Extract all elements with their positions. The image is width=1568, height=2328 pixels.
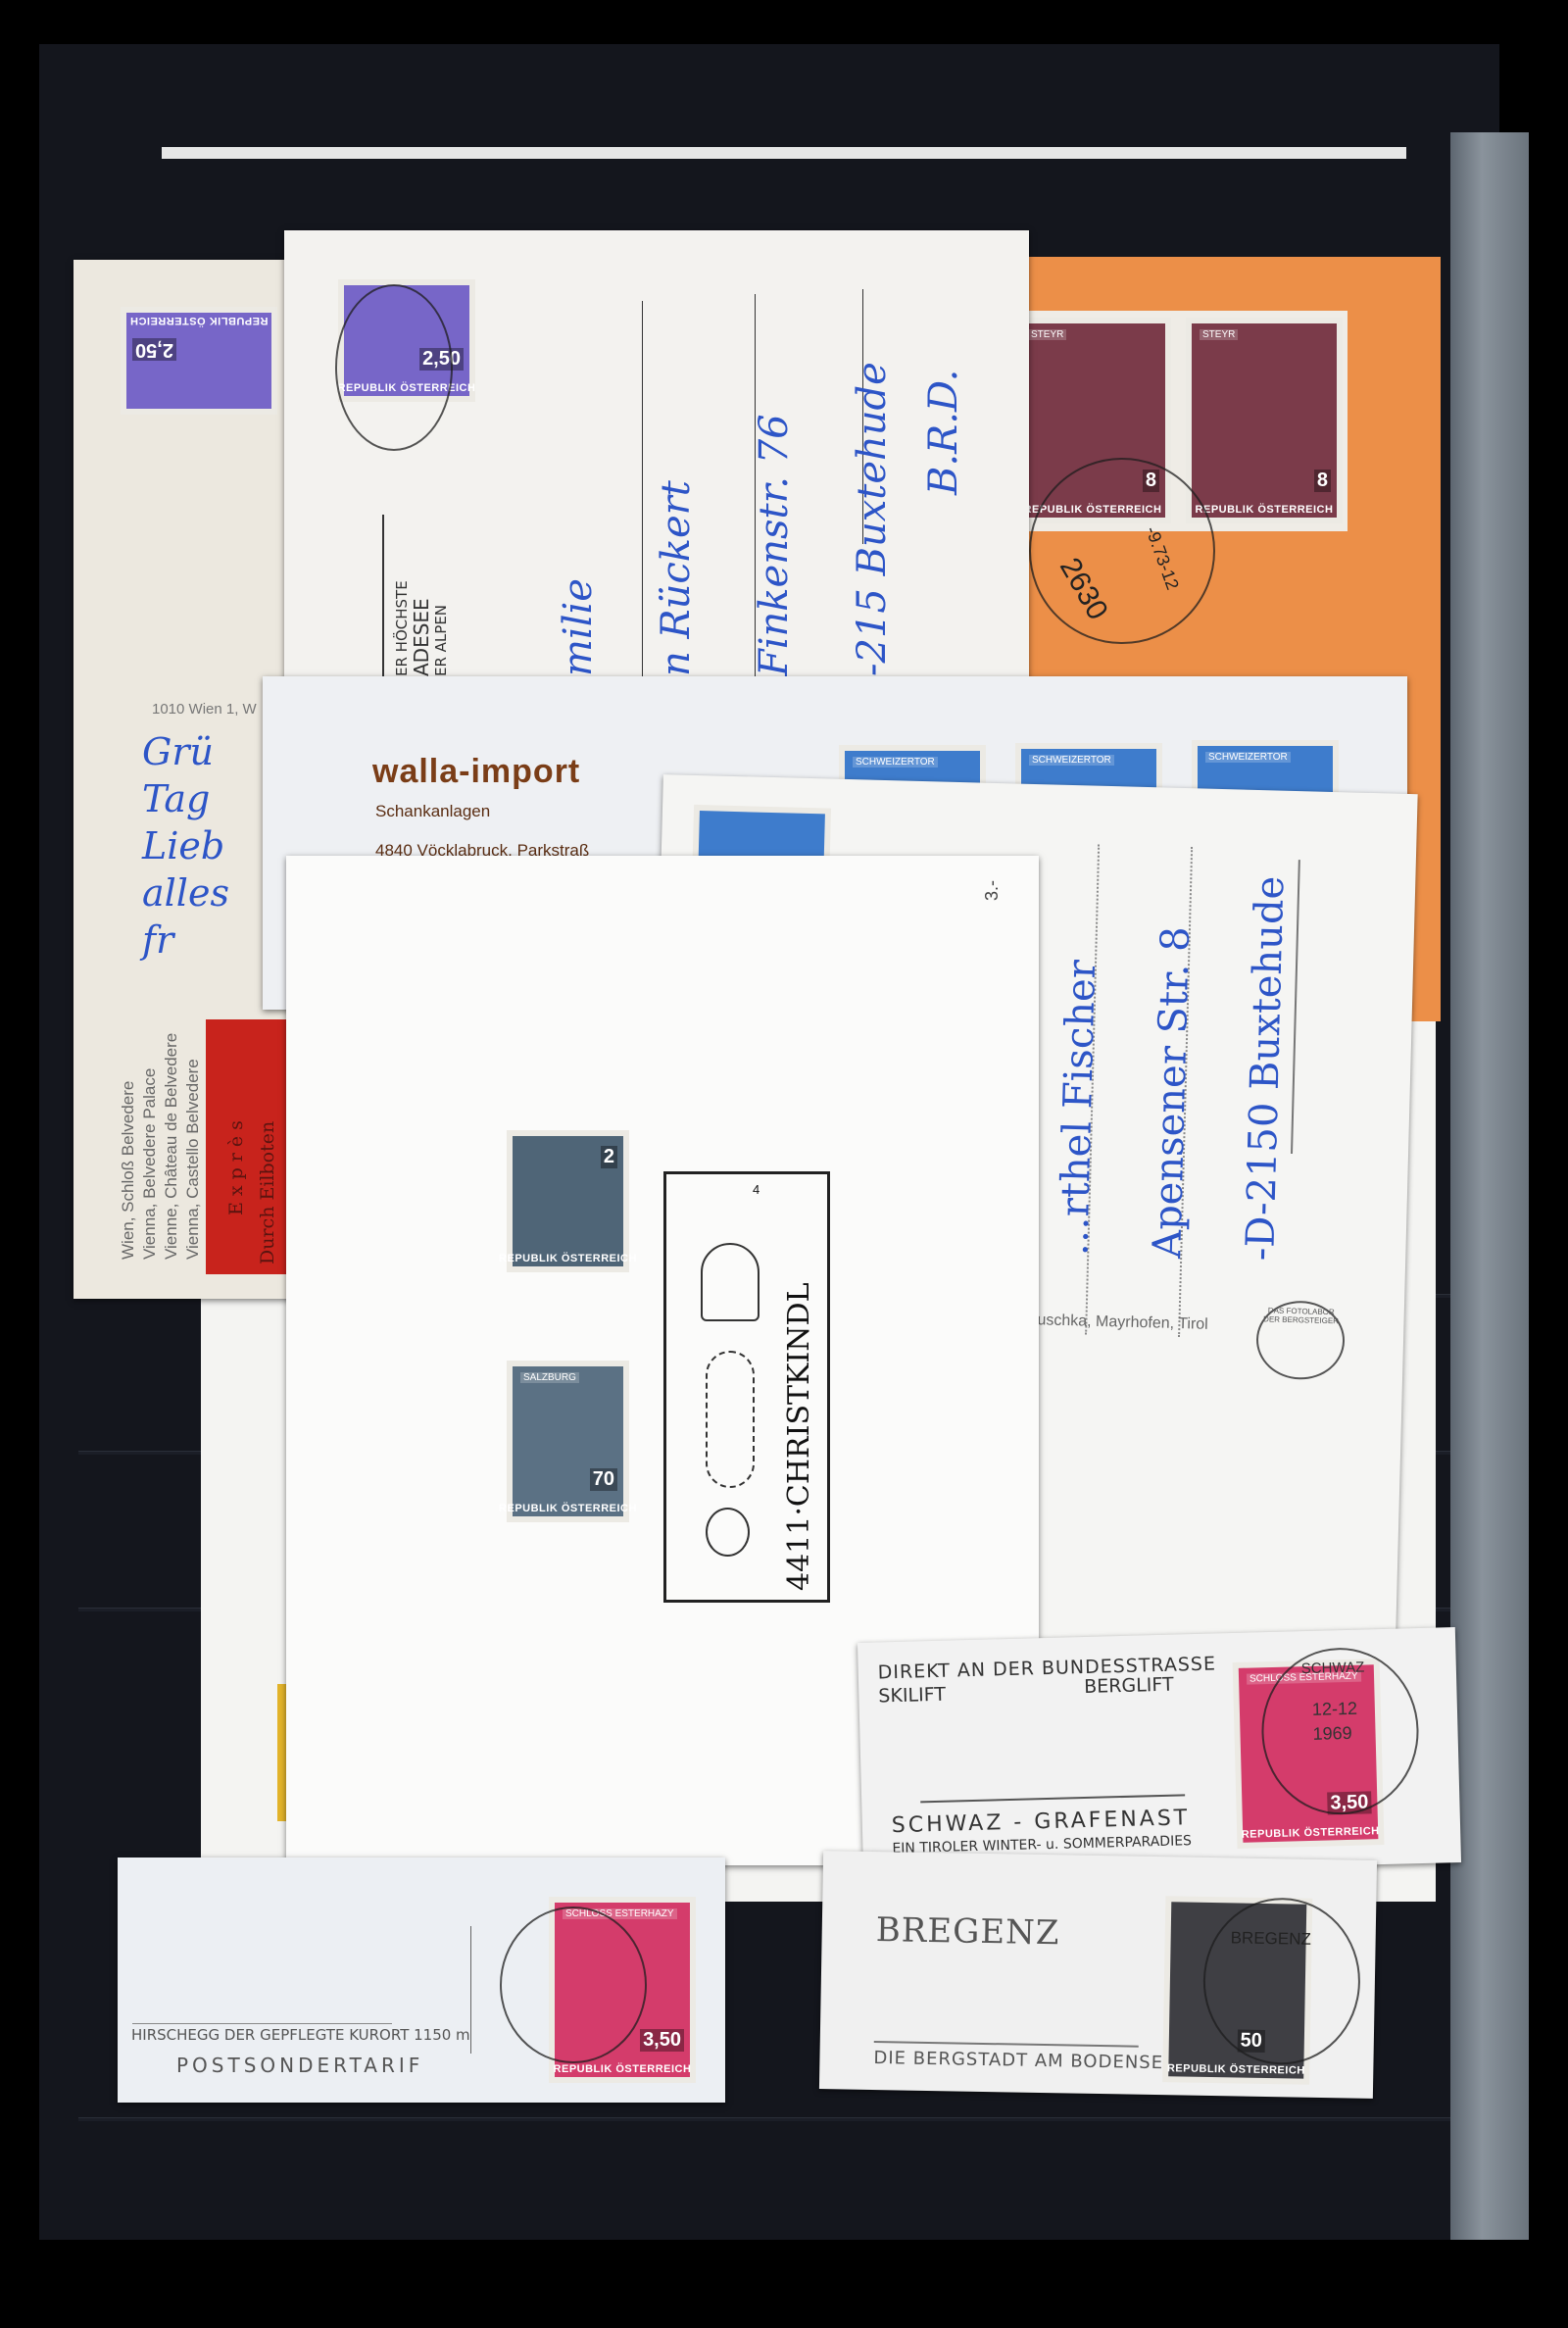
stamp-christkindl: 2REPUBLIK ÖSTERREICH <box>507 1130 629 1272</box>
handwritten-address: milie n Rückert Finkenstr. 76 -215 Buxte… <box>529 362 921 676</box>
lantern-illustration <box>706 1508 750 1557</box>
express-label: Durch Eilboten Exprès <box>206 1019 289 1274</box>
stamp-salzburg: SALZBURG70REPUBLIK ÖSTERREICH <box>507 1361 629 1522</box>
address-line: 1010 Wien 1, W <box>152 701 257 718</box>
handwritten-message: Grü Tag Lieb alles fr <box>142 728 229 964</box>
bregenz-piece: BREGENZ DIE BERGSTADT AM BODENSEE 50REPU… <box>819 1851 1377 2099</box>
publisher-credit: …uschka, Mayrhofen, Tirol <box>1021 1312 1208 1334</box>
chain-illustration <box>706 1351 755 1488</box>
stockbook-strip <box>78 2117 1450 2121</box>
fotolabor-logo: DAS FOTOLABOR DER BERGSTEIGER <box>1255 1300 1346 1380</box>
postmark: 2630 -9.73-12 <box>1029 458 1215 644</box>
schwaz-piece: DIREKT AN DER BUNDESSTRASSE SKILIFT BERG… <box>857 1627 1461 1878</box>
badesee-postcard: 2,50REPUBLIK ÖSTERREICH ER HÖCHSTE ADESE… <box>284 230 1029 681</box>
round-postmark <box>335 284 453 451</box>
corner-mark: 3.- <box>982 880 1003 901</box>
postcard-captions: Wien, Schloß Belvedere Vienna, Belvedere… <box>118 1033 204 1260</box>
stamp-steyr-2: STEYR8REPUBLIK ÖSTERREICH <box>1186 318 1343 523</box>
handwritten-country: B.R.D. <box>921 370 966 495</box>
christkindl-cancel: 4411·CHRISTKINDL 4 <box>663 1171 830 1603</box>
crown-illustration <box>701 1243 759 1321</box>
hirschegg-piece: HIRSCHEGG DER GEPFLEGTE KURORT 1150 m PO… <box>118 1857 725 2103</box>
slogan-cancel: ER HÖCHSTE ADESEE ER ALPEN <box>382 515 446 681</box>
company-logo: walla-import <box>372 753 580 791</box>
cancel-bar <box>470 1926 471 2054</box>
stamp-linz: 2,50REPUBLIK ÖSTERREICH <box>121 307 277 415</box>
ski-illustration <box>918 1708 1185 1803</box>
paper-edge <box>162 147 1406 159</box>
handwritten-address: …rthel Fischer Apensener Str. 8 -D-2150 … <box>1028 869 1317 1262</box>
bregenz-postmark: BREGENZ <box>1201 1897 1361 2066</box>
bodensee-illustration <box>874 1959 1140 2048</box>
hirschegg-postmark <box>500 1907 647 2063</box>
bregenz-slogan-title: BREGENZ <box>875 1910 1059 1953</box>
glassine-strip <box>1450 132 1529 2240</box>
kurort-illustration <box>132 1907 392 2024</box>
company-subtitle: Schankanlagen <box>375 802 490 821</box>
